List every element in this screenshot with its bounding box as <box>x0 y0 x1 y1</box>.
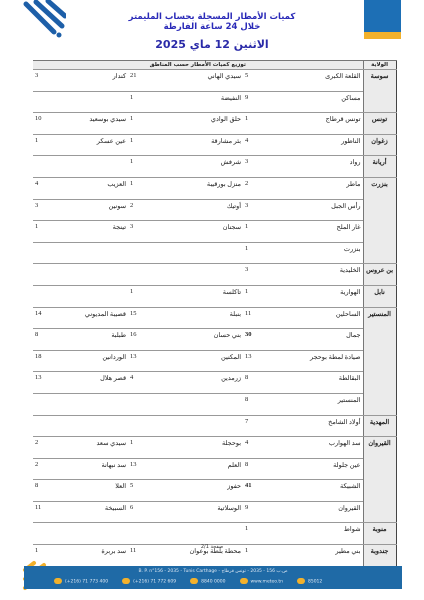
rainfall-value <box>33 523 60 545</box>
governorate-cell: المنستير <box>363 307 396 415</box>
rainfall-value <box>33 264 60 286</box>
station-name <box>152 242 243 264</box>
station-name: سونين <box>60 199 128 221</box>
table-header-row: الولاية توزيع كميات الأمطار حسب المناطق <box>33 61 396 70</box>
station-name <box>60 242 128 264</box>
rainfall-value: 3 <box>128 221 152 243</box>
rainfall-value: 15 <box>128 307 152 329</box>
rainfall-value: 6 <box>128 501 152 523</box>
station-name: شرفش <box>152 156 243 178</box>
station-name: منزل بورقيبة <box>152 177 243 199</box>
table-row: المنستيرالساحلين11بنبلة15قصيبة المديوني1… <box>33 307 396 329</box>
station-name: العلا <box>60 480 128 502</box>
table-row: بنزرت1 <box>33 242 396 264</box>
governorate-header: الولاية <box>363 61 396 70</box>
rainfall-value: 13 <box>128 458 152 480</box>
station-name: بئر مشارقة <box>152 134 243 156</box>
rainfall-value: 1 <box>128 156 152 178</box>
rainfall-value <box>33 91 60 113</box>
station-name: عين عسكر <box>60 134 128 156</box>
governorate-cell: القيروان <box>363 437 396 523</box>
rainfall-value <box>128 264 152 286</box>
rainfall-value: 13 <box>243 350 262 372</box>
rainfall-value: 1 <box>128 285 152 307</box>
rainfall-value: 13 <box>33 372 60 394</box>
rainfall-value: 8 <box>33 480 60 502</box>
rainfall-value: 30 <box>243 329 262 351</box>
table-row: أريانةرواد3شرفش1 <box>33 156 396 178</box>
station-name: صيادة لمطة بوحجر <box>262 350 363 372</box>
rainfall-value: 2 <box>243 177 262 199</box>
station-name <box>152 393 243 415</box>
rainfall-value: 1 <box>33 134 60 156</box>
rainfall-value: 1 <box>243 523 262 545</box>
station-name: رأس الجبل <box>262 199 363 221</box>
table-row: البقالطة8زرمدين4قصر هلال13 <box>33 372 396 394</box>
footer-fax: (+216) 71 772 609 <box>122 578 176 585</box>
rainfall-value: 11 <box>33 501 60 523</box>
rainfall-value: 3 <box>33 199 60 221</box>
table-row: الشبيكة41حفوز5العلا8 <box>33 480 396 502</box>
rainfall-value: 21 <box>128 70 152 92</box>
rainfall-value: 2 <box>33 437 60 459</box>
rainfall-value: 1 <box>243 113 262 135</box>
rainfall-value <box>128 415 152 437</box>
table-row: القيروانسد الهوارب4بوحجلة1سيدي سعد2 <box>33 437 396 459</box>
station-name: رواد <box>262 156 363 178</box>
station-name: شواط <box>262 523 363 545</box>
station-name: بنبلة <box>152 307 243 329</box>
table-row: سوسةالقلعة الكبرى5سيدي الهاني21كندار3 <box>33 70 396 92</box>
station-name: حلق الوادي <box>152 113 243 135</box>
hotline-icon <box>190 578 198 584</box>
governorate-cell: زغوان <box>363 134 396 156</box>
rainfall-value <box>33 285 60 307</box>
station-name: تينجة <box>60 221 128 243</box>
station-name <box>60 523 128 545</box>
rainfall-value: 3 <box>243 156 262 178</box>
station-name: تونس قرطاج <box>262 113 363 135</box>
rainfall-value: 13 <box>128 350 152 372</box>
station-name: تاكلسة <box>152 285 243 307</box>
station-name: البقالطة <box>262 372 363 394</box>
station-name <box>60 156 128 178</box>
station-name: السبيخة <box>60 501 128 523</box>
rainfall-value: 1 <box>33 221 60 243</box>
station-name: سد نبهانة <box>60 458 128 480</box>
station-name <box>60 264 128 286</box>
rainfall-value: 9 <box>243 501 262 523</box>
rainfall-value: 16 <box>128 329 152 351</box>
rainfall-value: 5 <box>128 480 152 502</box>
station-name <box>152 523 243 545</box>
table-row: جمال30بني حسان16طبلبة8 <box>33 329 396 351</box>
station-name: الوردانين <box>60 350 128 372</box>
rainfall-value: 3 <box>243 264 262 286</box>
station-name: حفوز <box>152 480 243 502</box>
page-number: صفحة 2/1 <box>0 544 424 550</box>
web-icon <box>240 578 248 584</box>
station-name: قصيبة المديوني <box>60 307 128 329</box>
station-name: أوتيك <box>152 199 243 221</box>
station-name: المنستير <box>262 393 363 415</box>
station-name: ماطر <box>262 177 363 199</box>
rainfall-value: 11 <box>243 307 262 329</box>
station-name: مساكن <box>262 91 363 113</box>
rainfall-value: 1 <box>243 242 262 264</box>
rainfall-value: 1 <box>128 91 152 113</box>
sms-icon <box>297 578 305 584</box>
governorate-cell: نابل <box>363 285 396 307</box>
report-subtitle: خلال 24 ساعة الفارطة <box>0 22 424 32</box>
station-name: العلم <box>152 458 243 480</box>
distribution-header: توزيع كميات الأمطار حسب المناطق <box>33 61 363 70</box>
station-name: الوسلاتية <box>152 501 243 523</box>
table-row: المهديةأولاد الشامخ7 <box>33 415 396 437</box>
governorate-cell: بنزرت <box>363 177 396 263</box>
station-name <box>60 285 128 307</box>
rainfall-value: 8 <box>243 393 262 415</box>
station-name <box>152 415 243 437</box>
station-name: قصر هلال <box>60 372 128 394</box>
rainfall-value: 5 <box>243 70 262 92</box>
rainfall-value: 4 <box>243 134 262 156</box>
station-name: العزيب <box>60 177 128 199</box>
station-name: سجنان <box>152 221 243 243</box>
rainfall-value <box>33 415 60 437</box>
station-name: سيدي بوسعيد <box>60 113 128 135</box>
table-row: نابلالهوارية1تاكلسة1 <box>33 285 396 307</box>
station-name: الخليدية <box>262 264 363 286</box>
rainfall-value <box>33 393 60 415</box>
rainfall-value: 10 <box>33 113 60 135</box>
rainfall-value: 1 <box>243 221 262 243</box>
rainfall-table: الولاية توزيع كميات الأمطار حسب المناطق … <box>33 60 397 567</box>
governorate-cell: تونس <box>363 113 396 135</box>
station-name: كندار <box>60 70 128 92</box>
rainfall-value: 18 <box>33 350 60 372</box>
governorate-cell: منوبة <box>363 523 396 545</box>
rainfall-value: 8 <box>33 329 60 351</box>
table-row: تونستونس قرطاج1حلق الوادي1سيدي بوسعيد10 <box>33 113 396 135</box>
station-name <box>60 393 128 415</box>
station-name: سد الهوارب <box>262 437 363 459</box>
station-name: سيدي الهاني <box>152 70 243 92</box>
rainfall-value: 3 <box>243 199 262 221</box>
rainfall-value: 1 <box>128 134 152 156</box>
table-row: عين جلولة8العلم13سد نبهانة2 <box>33 458 396 480</box>
table-row: غار الملح1سجنان3تينجة1 <box>33 221 396 243</box>
station-name: جمال <box>262 329 363 351</box>
table-row: منوبةشواط1 <box>33 523 396 545</box>
rainfall-value: 2 <box>33 458 60 480</box>
rainfall-value: 1 <box>243 285 262 307</box>
station-name: غار الملح <box>262 221 363 243</box>
footer-website[interactable]: www.meteo.tn <box>240 578 283 585</box>
report-title: كميات الأمطار المسجلة بحساب المليمتر <box>0 12 424 22</box>
table-row: المنستير8 <box>33 393 396 415</box>
station-name: عين جلولة <box>262 458 363 480</box>
station-name <box>152 264 243 286</box>
footer-hotline: 8840 0000 <box>190 578 225 585</box>
governorate-cell: بن عروس <box>363 264 396 286</box>
rainfall-value: 7 <box>243 415 262 437</box>
rainfall-value <box>128 523 152 545</box>
table-row: القيروان9الوسلاتية6السبيخة11 <box>33 501 396 523</box>
rainfall-value: 4 <box>243 437 262 459</box>
station-name: القلعة الكبرى <box>262 70 363 92</box>
rainfall-value: 8 <box>243 458 262 480</box>
rainfall-value <box>33 242 60 264</box>
rainfall-value: 2 <box>128 199 152 221</box>
table-row: مساكن9النفيضة1 <box>33 91 396 113</box>
footer-sms: 85012 <box>297 578 322 585</box>
station-name: الشبيكة <box>262 480 363 502</box>
station-name: الساحلين <box>262 307 363 329</box>
rainfall-value: 14 <box>33 307 60 329</box>
rainfall-value: 3 <box>33 70 60 92</box>
rainfall-value: 1 <box>128 113 152 135</box>
governorate-cell: أريانة <box>363 156 396 178</box>
footer-address: B. P. n°156 - 2035 - Tunis Carthage - ص.… <box>24 569 402 574</box>
table-row: بن عروسالخليدية3 <box>33 264 396 286</box>
station-name: بنزرت <box>262 242 363 264</box>
report-date: الاثنين 12 ماي 2025 <box>0 38 424 51</box>
footer-contact-bar: B. P. n°156 - 2035 - Tunis Carthage - ص.… <box>24 566 402 589</box>
fax-icon <box>122 578 130 584</box>
table-row: بنزرتماطر2منزل بورقيبة1العزيب4 <box>33 177 396 199</box>
station-name: الناظور <box>262 134 363 156</box>
station-name: المكنين <box>152 350 243 372</box>
rainfall-value <box>128 393 152 415</box>
rainfall-value: 1 <box>128 437 152 459</box>
station-name: القيروان <box>262 501 363 523</box>
phone-icon <box>54 578 62 584</box>
station-name <box>60 91 128 113</box>
governorate-cell: سوسة <box>363 70 396 113</box>
table-row: زغوانالناظور4بئر مشارقة1عين عسكر1 <box>33 134 396 156</box>
rainfall-value: 8 <box>243 372 262 394</box>
rainfall-value: 9 <box>243 91 262 113</box>
rainfall-value: 4 <box>128 372 152 394</box>
station-name <box>60 415 128 437</box>
rainfall-value: 1 <box>128 177 152 199</box>
station-name: سيدي سعد <box>60 437 128 459</box>
rainfall-value <box>33 156 60 178</box>
table-row: رأس الجبل3أوتيك2سونين3 <box>33 199 396 221</box>
station-name: زرمدين <box>152 372 243 394</box>
footer-phone: (+216) 71 773 400 <box>54 578 108 585</box>
rainfall-value <box>128 242 152 264</box>
station-name: النفيضة <box>152 91 243 113</box>
governorate-cell: المهدية <box>363 415 396 437</box>
station-name: الهوارية <box>262 285 363 307</box>
station-name: بوحجلة <box>152 437 243 459</box>
rainfall-value: 4 <box>33 177 60 199</box>
station-name: أولاد الشامخ <box>262 415 363 437</box>
table-row: صيادة لمطة بوحجر13المكنين13الوردانين18 <box>33 350 396 372</box>
rainfall-value: 41 <box>243 480 262 502</box>
station-name: بني حسان <box>152 329 243 351</box>
station-name: طبلبة <box>60 329 128 351</box>
